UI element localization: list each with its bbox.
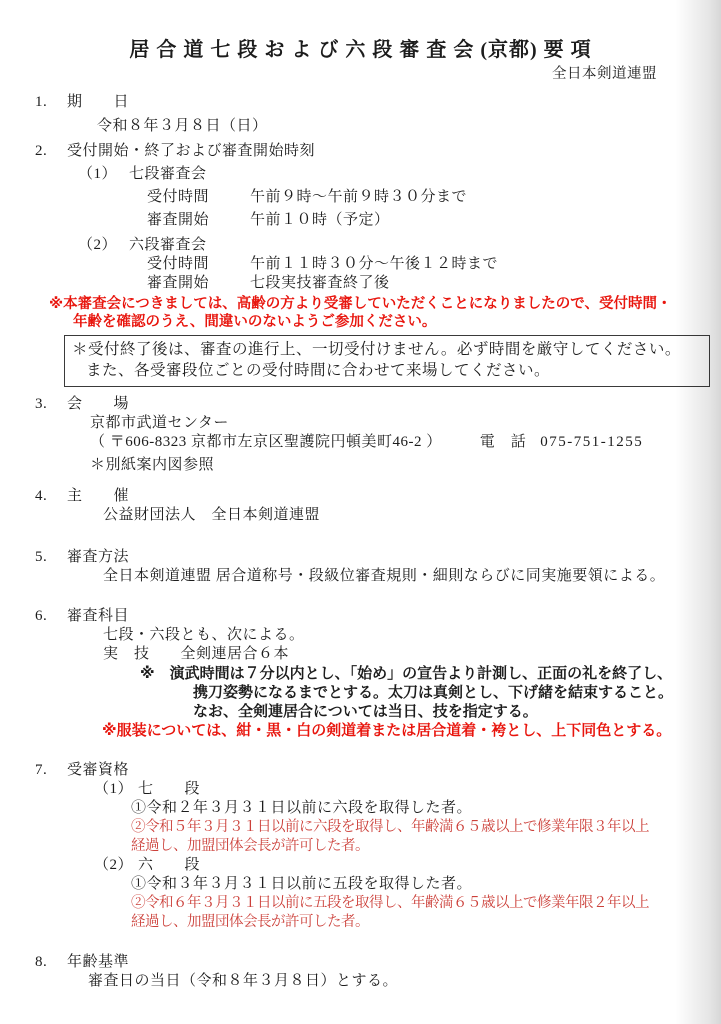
eligibility-7dan-item2-line1: ②令和５年３月３１日以前に六段を取得し、年齢満６５歳以上で修業年限３年以上: [131, 818, 721, 837]
section-1-number: 1.: [35, 92, 67, 112]
section-1-title: 期 日: [67, 94, 129, 110]
section-5-number: 5.: [35, 547, 67, 567]
eligibility-6dan-item2-line1: ②令和６年３月３１日以前に五段を取得し、年齢満６５歳以上で修業年限２年以上: [131, 894, 721, 913]
eligibility-6dan-heading: （2）六 段: [94, 856, 721, 875]
section-4-title: 主 催: [67, 488, 129, 504]
attention-box: ＊受付終了後は、審査の進行上、一切受付けません。必ず時間を厳守してください。 ま…: [64, 335, 710, 387]
exam-start-row: 審査開始七段実技審査終了後: [147, 274, 721, 293]
document-title: 居 合 道 七 段 お よ び 六 段 審 査 会 (京都) 要 項: [0, 0, 721, 63]
section-3-heading: 3.会 場: [35, 394, 721, 414]
row-label: 受付時間: [147, 187, 250, 207]
eligibility-7dan-item1: ①令和２年３月３１日以前に六段を取得した者。: [131, 799, 721, 818]
section-7-title: 受審資格: [67, 762, 129, 778]
box-line2: また、各受審段位ごとの受付時間に合わせて来場してください。: [72, 360, 703, 381]
practical-subject: 実 技 全剣連居合６本: [103, 645, 721, 664]
section-6-title: 審査科目: [67, 608, 129, 624]
section-2-title: 受付開始・終了および審査開始時刻: [67, 143, 315, 159]
eligibility-7dan-title: 七 段: [138, 781, 200, 797]
row-label: 審査開始: [147, 210, 250, 230]
phone-label: 電 話: [480, 433, 527, 452]
eligibility-6dan-item1: ①令和３年３月３１日以前に五段を取得した者。: [131, 875, 721, 894]
row-value: 午前１０時（予定）: [250, 212, 390, 228]
performance-note-line3: なお、全剣連居合については当日、技を指定する。: [193, 702, 721, 721]
group-6dan-number: （2）: [78, 235, 129, 255]
performance-note-line1: ※ 演武時間は７分以内とし、「始め」の宣告より計測し、正面の礼を終了し、: [140, 664, 721, 683]
row-value: 午前９時～午前９時３０分まで: [250, 189, 467, 205]
document-page: 居 合 道 七 段 お よ び 六 段 審 査 会 (京都) 要 項 全日本剣道…: [0, 0, 721, 1024]
section-5-heading: 5.審査方法: [35, 547, 721, 567]
group-7dan-number: （1）: [78, 164, 129, 184]
section-8-number: 8.: [35, 952, 67, 972]
exam-start-row: 審査開始午前１０時（予定）: [147, 210, 721, 230]
row-value: 午前１１時３０分～午後１２時まで: [250, 256, 498, 272]
map-note: ＊別紙案内図参照: [90, 455, 721, 475]
group-7dan-title: 七段審査会: [129, 166, 207, 182]
exam-subject-intro: 七段・六段とも、次による。: [103, 626, 721, 645]
venue-address: （ 〒606-8323 京都市左京区聖護院円頓美町46-2 ）: [90, 434, 442, 450]
section-8-heading: 8.年齢基準: [35, 952, 721, 972]
reception-time-row: 受付時間午前１１時３０分～午後１２時まで: [147, 255, 721, 274]
eligibility-7dan-heading: （1）七 段: [94, 780, 721, 799]
eligibility-7dan-item2-line2: 経過し、加盟団体会長が許可した者。: [131, 837, 721, 856]
section-3-number: 3.: [35, 394, 67, 414]
eligibility-6dan-item2-line2: 経過し、加盟団体会長が許可した者。: [131, 913, 721, 932]
venue-name: 京都市武道センター: [90, 414, 721, 433]
section-7-heading: 7.受審資格: [35, 760, 721, 780]
row-label: 受付時間: [147, 255, 250, 274]
section-6-number: 6.: [35, 606, 67, 626]
section-4-heading: 4.主 催: [35, 486, 721, 506]
section-7-number: 7.: [35, 760, 67, 780]
section-3-title: 会 場: [67, 396, 129, 412]
red-notice-line1: ※本審査会につきましては、高齢の方より受審していただくことになりましたので、受付…: [49, 295, 721, 313]
section-1-heading: 1.期 日: [35, 92, 721, 112]
group-7dan-heading: （1）七段審査会: [78, 164, 721, 184]
exam-date: 令和８年３月８日（日）: [97, 116, 721, 136]
reception-time-row: 受付時間午前９時～午前９時３０分まで: [147, 187, 721, 207]
age-standard: 審査日の当日（令和８年３月８日）とする。: [88, 972, 721, 991]
exam-method: 全日本剣道連盟 居合道称号・段級位審査規則・細則ならびに同実施要領による。: [103, 567, 721, 586]
section-2-heading: 2.受付開始・終了および審査開始時刻: [35, 141, 721, 161]
section-4-number: 4.: [35, 486, 67, 506]
section-5-title: 審査方法: [67, 549, 129, 565]
group-6dan-heading: （2）六段審査会: [78, 235, 721, 255]
row-value: 七段実技審査終了後: [250, 275, 390, 291]
venue-address-row: （ 〒606-8323 京都市左京区聖護院円頓美町46-2 ）電 話075-75…: [90, 433, 721, 452]
phone-number: 075-751-1255: [540, 433, 643, 452]
issuing-organization: 全日本剣道連盟: [0, 66, 721, 83]
box-line1: ＊受付終了後は、審査の進行上、一切受付けません。必ず時間を厳守してください。: [72, 339, 703, 360]
section-8-title: 年齢基準: [67, 954, 129, 970]
organizer: 公益財団法人 全日本剣道連盟: [103, 506, 721, 525]
performance-note-line2: 携刀姿勢になるまでとする。太刀は真剣とし、下げ緒を結束すること。: [193, 683, 721, 702]
eligibility-6dan-number: （2）: [94, 856, 138, 875]
section-6-heading: 6.審査科目: [35, 606, 721, 626]
section-2-number: 2.: [35, 141, 67, 161]
dress-code-note: ※服装については、紺・黒・白の剣道着または居合道着・袴とし、上下同色とする。: [102, 721, 721, 741]
eligibility-6dan-title: 六 段: [138, 857, 200, 873]
group-6dan-title: 六段審査会: [129, 237, 207, 253]
eligibility-7dan-number: （1）: [94, 780, 138, 799]
row-label: 審査開始: [147, 274, 250, 293]
red-notice-line2: 年齢を確認のうえ、間違いのないようご参加ください。: [73, 313, 721, 331]
